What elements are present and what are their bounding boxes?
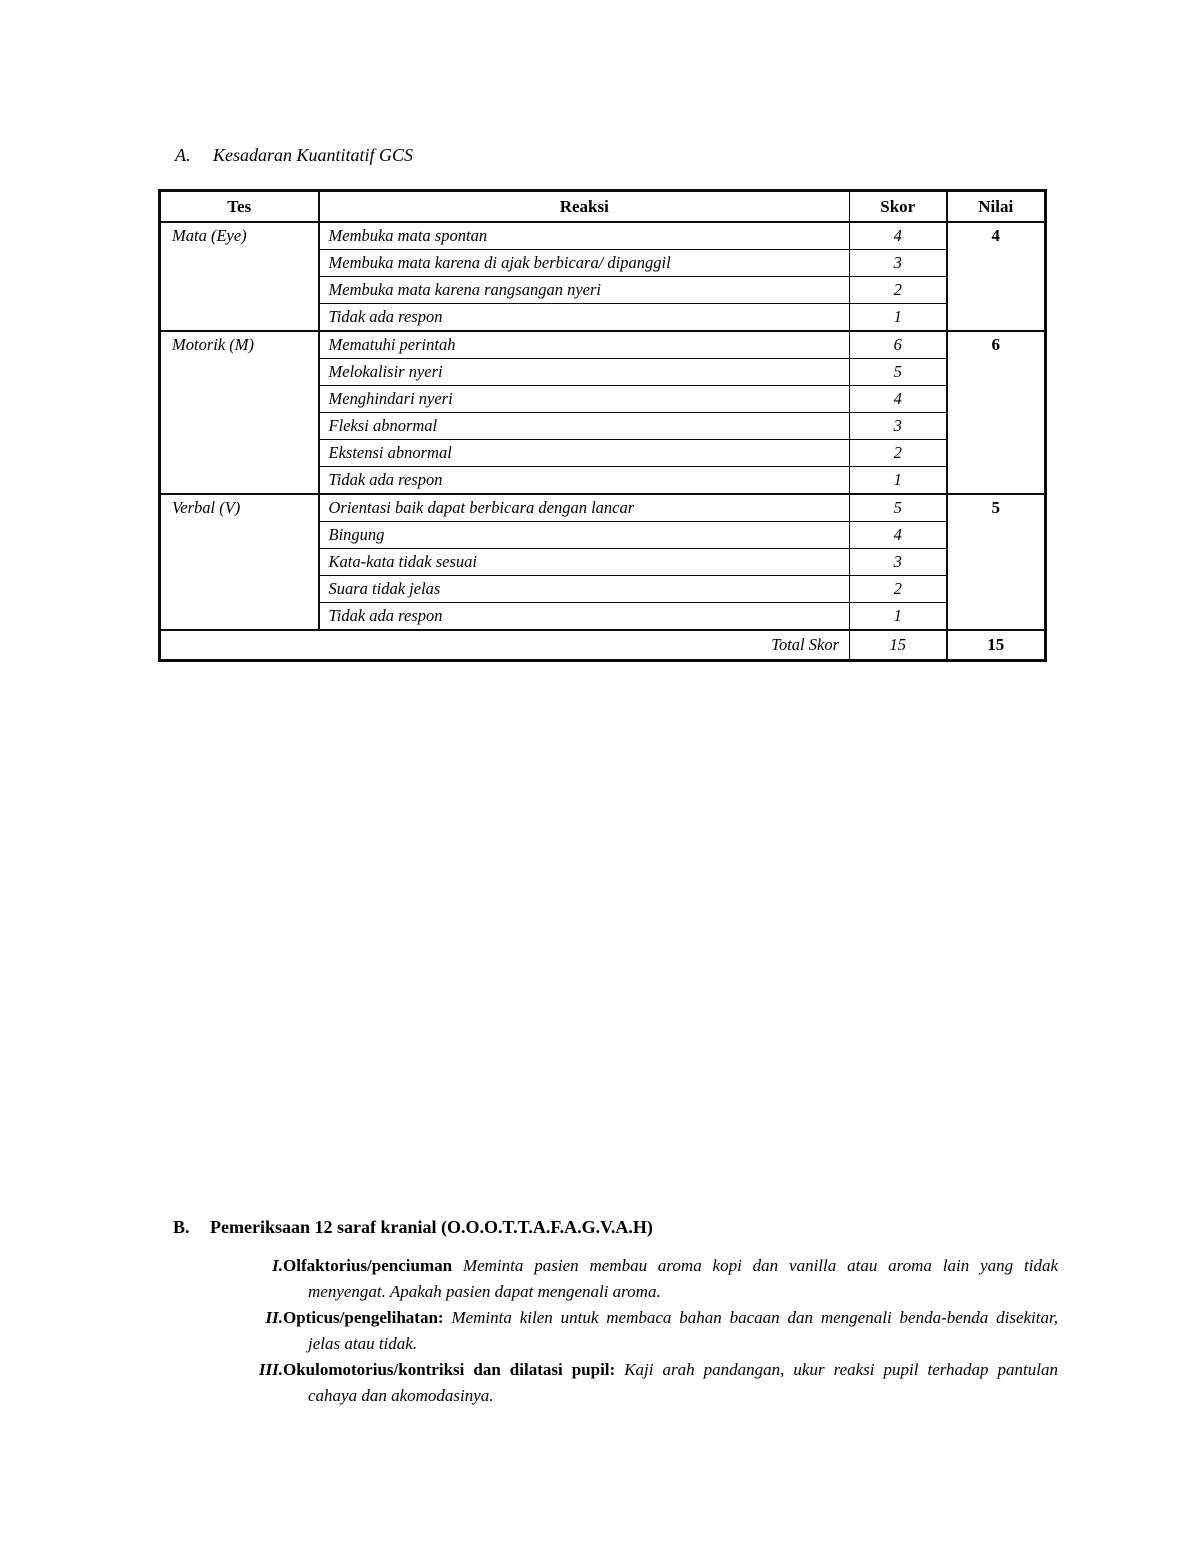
item-term: Olfaktorius/penciuman	[283, 1256, 452, 1275]
cranial-nerve-item: III.Okulomotorius/kontriksi dan dilatasi…	[158, 1357, 1058, 1409]
item-term: Opticus/pengelihatan:	[283, 1308, 444, 1327]
total-skor-value: 15	[850, 630, 947, 661]
gcs-row: Mata (Eye)Membuka mata spontan44	[160, 222, 1046, 250]
section-a-title: Kesadaran Kuantitatif GCS	[213, 145, 413, 165]
total-nilai-value: 15	[947, 630, 1046, 661]
reaksi-cell: Mematuhi perintah	[319, 331, 850, 359]
reaksi-cell: Membuka mata karena di ajak berbicara/ d…	[319, 250, 850, 277]
reaksi-cell: Kata-kata tidak sesuai	[319, 549, 850, 576]
column-header-nilai: Nilai	[947, 191, 1046, 223]
section-b-heading: B.Pemeriksaan 12 saraf kranial (O.O.O.T.…	[173, 1214, 1058, 1240]
section-b: B.Pemeriksaan 12 saraf kranial (O.O.O.T.…	[158, 1214, 1058, 1409]
reaksi-cell: Menghindari nyeri	[319, 386, 850, 413]
item-numeral: II.	[158, 1305, 283, 1331]
column-header-skor: Skor	[850, 191, 947, 223]
gcs-table-body: Mata (Eye)Membuka mata spontan44Membuka …	[160, 222, 1046, 630]
gcs-table-footer: Total Skor 15 15	[160, 630, 1046, 661]
skor-cell: 1	[850, 603, 947, 631]
reaksi-cell: Bingung	[319, 522, 850, 549]
tes-cell: Motorik (M)	[160, 331, 319, 494]
gcs-header-row: Tes Reaksi Skor Nilai	[160, 191, 1046, 223]
nilai-cell: 5	[947, 494, 1046, 630]
skor-cell: 3	[850, 250, 947, 277]
skor-cell: 1	[850, 467, 947, 495]
reaksi-cell: Membuka mata karena rangsangan nyeri	[319, 277, 850, 304]
section-a-heading: A.Kesadaran Kuantitatif GCS	[175, 143, 1058, 168]
column-header-tes: Tes	[160, 191, 319, 223]
section-b-title: Pemeriksaan 12 saraf kranial (O.O.O.T.T.…	[210, 1217, 653, 1237]
reaksi-cell: Tidak ada respon	[319, 603, 850, 631]
section-a-label: A.	[175, 143, 213, 168]
skor-cell: 3	[850, 413, 947, 440]
nilai-cell: 4	[947, 222, 1046, 331]
skor-cell: 3	[850, 549, 947, 576]
skor-cell: 5	[850, 359, 947, 386]
reaksi-cell: Tidak ada respon	[319, 467, 850, 495]
skor-cell: 4	[850, 222, 947, 250]
reaksi-cell: Suara tidak jelas	[319, 576, 850, 603]
nilai-cell: 6	[947, 331, 1046, 494]
skor-cell: 1	[850, 304, 947, 332]
section-b-label: B.	[173, 1214, 210, 1240]
reaksi-cell: Melokalisir nyeri	[319, 359, 850, 386]
skor-cell: 4	[850, 386, 947, 413]
skor-cell: 4	[850, 522, 947, 549]
cranial-nerve-list: I.Olfaktorius/penciuman Meminta pasien m…	[158, 1253, 1058, 1409]
item-numeral: III.	[158, 1357, 283, 1383]
tes-cell: Mata (Eye)	[160, 222, 319, 331]
cranial-nerve-item: II.Opticus/pengelihatan: Meminta kilen u…	[158, 1305, 1058, 1357]
item-numeral: I.	[158, 1253, 283, 1279]
gcs-table-header: Tes Reaksi Skor Nilai	[160, 191, 1046, 223]
skor-cell: 5	[850, 494, 947, 522]
skor-cell: 2	[850, 576, 947, 603]
skor-cell: 6	[850, 331, 947, 359]
cranial-nerve-item: I.Olfaktorius/penciuman Meminta pasien m…	[158, 1253, 1058, 1305]
reaksi-cell: Tidak ada respon	[319, 304, 850, 332]
skor-cell: 2	[850, 277, 947, 304]
gcs-row: Verbal (V)Orientasi baik dapat berbicara…	[160, 494, 1046, 522]
reaksi-cell: Fleksi abnormal	[319, 413, 850, 440]
reaksi-cell: Orientasi baik dapat berbicara dengan la…	[319, 494, 850, 522]
column-header-reaksi: Reaksi	[319, 191, 850, 223]
tes-cell: Verbal (V)	[160, 494, 319, 630]
gcs-row: Motorik (M)Mematuhi perintah66	[160, 331, 1046, 359]
gcs-total-row: Total Skor 15 15	[160, 630, 1046, 661]
total-skor-label: Total Skor	[160, 630, 850, 661]
gcs-table: Tes Reaksi Skor Nilai Mata (Eye)Membuka …	[158, 189, 1047, 662]
document-page: A.Kesadaran Kuantitatif GCS Tes Reaksi S…	[0, 0, 1200, 1553]
item-term: Okulomotorius/kontriksi dan dilatasi pup…	[283, 1360, 615, 1379]
reaksi-cell: Membuka mata spontan	[319, 222, 850, 250]
reaksi-cell: Ekstensi abnormal	[319, 440, 850, 467]
skor-cell: 2	[850, 440, 947, 467]
